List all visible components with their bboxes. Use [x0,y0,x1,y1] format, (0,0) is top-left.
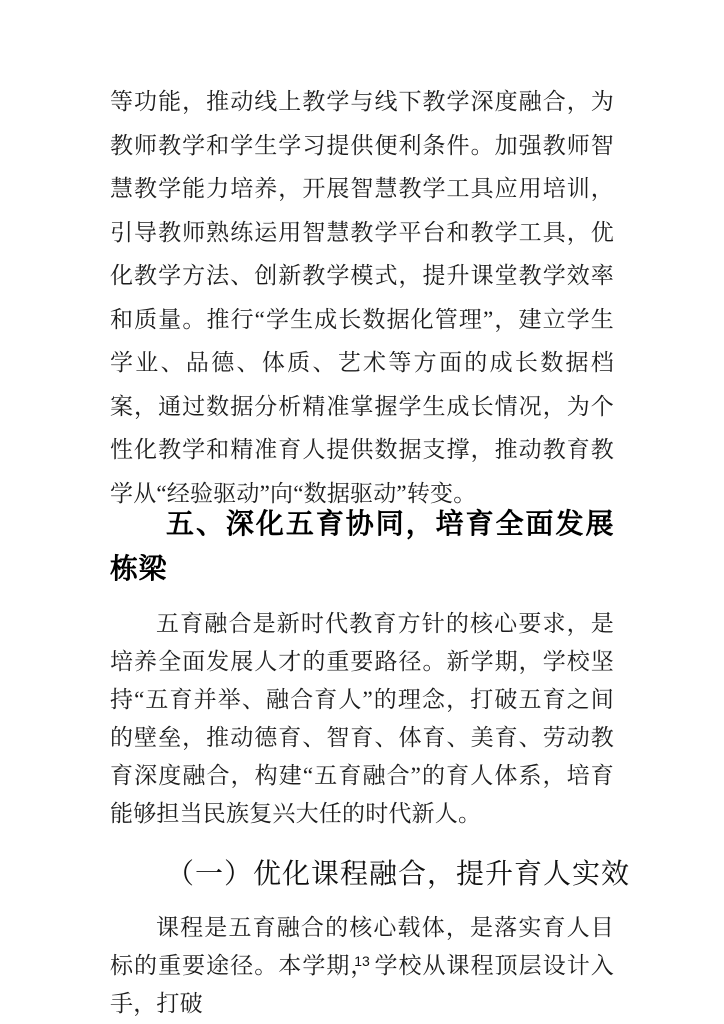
page-number: 13 [0,953,724,969]
section-heading-five-education: 五、深化五育协同，培育全面发展栋梁 [110,501,614,591]
subsection-heading-curriculum-fusion: （一）优化课程融合，提升育人实效 [110,855,614,895]
paragraph-five-education-intro: 五育融合是新时代教育方针的核心要求，是培养全面发展人才的重要路径。新学期，学校坚… [110,605,614,833]
paragraph-smart-teaching-continued: 等功能，推动线上教学与线下教学深度融合，为教师教学和学生学习提供便利条件。加强教… [110,80,614,515]
page-content: 等功能，推动线上教学与线下教学深度融合，为教师教学和学生学习提供便利条件。加强教… [0,80,724,1023]
document-page: 等功能，推动线上教学与线下教学深度融合，为教师教学和学生学习提供便利条件。加强教… [0,0,724,1024]
